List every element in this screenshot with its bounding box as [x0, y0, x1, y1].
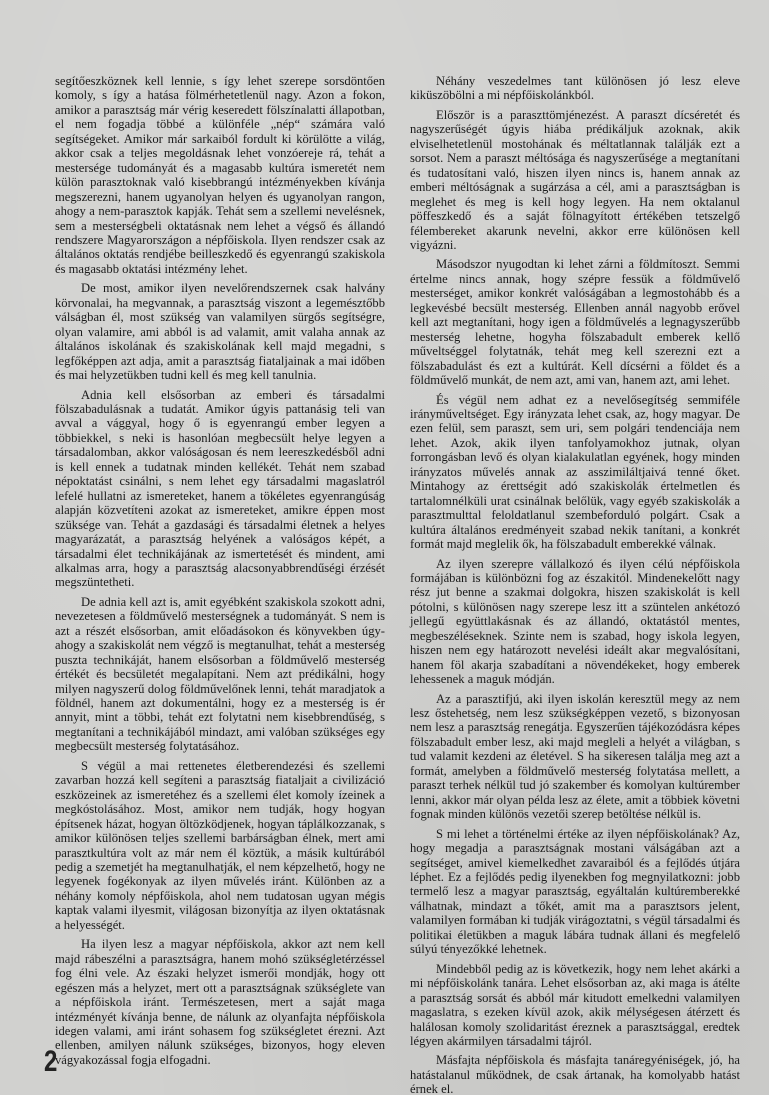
paragraph: S végül a mai rettenetes életberendezési… — [55, 759, 385, 932]
page-number: 2 — [44, 1045, 57, 1079]
paragraph: Az ilyen szerepre vállalkozó és ilyen cé… — [410, 557, 740, 687]
paragraph: De most, amikor ilyen nevelőrendszernek … — [55, 281, 385, 382]
paragraph: Másfajta népfőiskola és másfajta tanáreg… — [410, 1053, 740, 1095]
paragraph: De adnia kell azt is, amit egyébként sza… — [55, 595, 385, 754]
paragraph: És végül nem adhat ez a nevelősegítség s… — [410, 393, 740, 552]
paragraph: Először is a paraszttömjénezést. A paras… — [410, 108, 740, 253]
right-text-column: Néhány veszedelmes tant különösen jó les… — [410, 74, 740, 1095]
paragraph: Mindebből pedig az is következik, hogy n… — [410, 962, 740, 1049]
paragraph: segítőeszköznek kell lennie, s így lehet… — [55, 74, 385, 276]
paragraph: Másodszor nyugodtan ki lehet zárni a föl… — [410, 257, 740, 387]
paragraph: Ha ilyen lesz a magyar népfőiskola, akko… — [55, 937, 385, 1067]
paragraph: Adnia kell elsősorban az emberi és társa… — [55, 388, 385, 590]
paragraph: Az a parasztifjú, aki ilyen iskolán kere… — [410, 692, 740, 822]
paragraph: S mi lehet a történelmi értéke az ilyen … — [410, 827, 740, 957]
left-text-column: segítőeszköznek kell lennie, s így lehet… — [55, 74, 385, 1067]
paragraph: Néhány veszedelmes tant különösen jó les… — [410, 74, 740, 103]
